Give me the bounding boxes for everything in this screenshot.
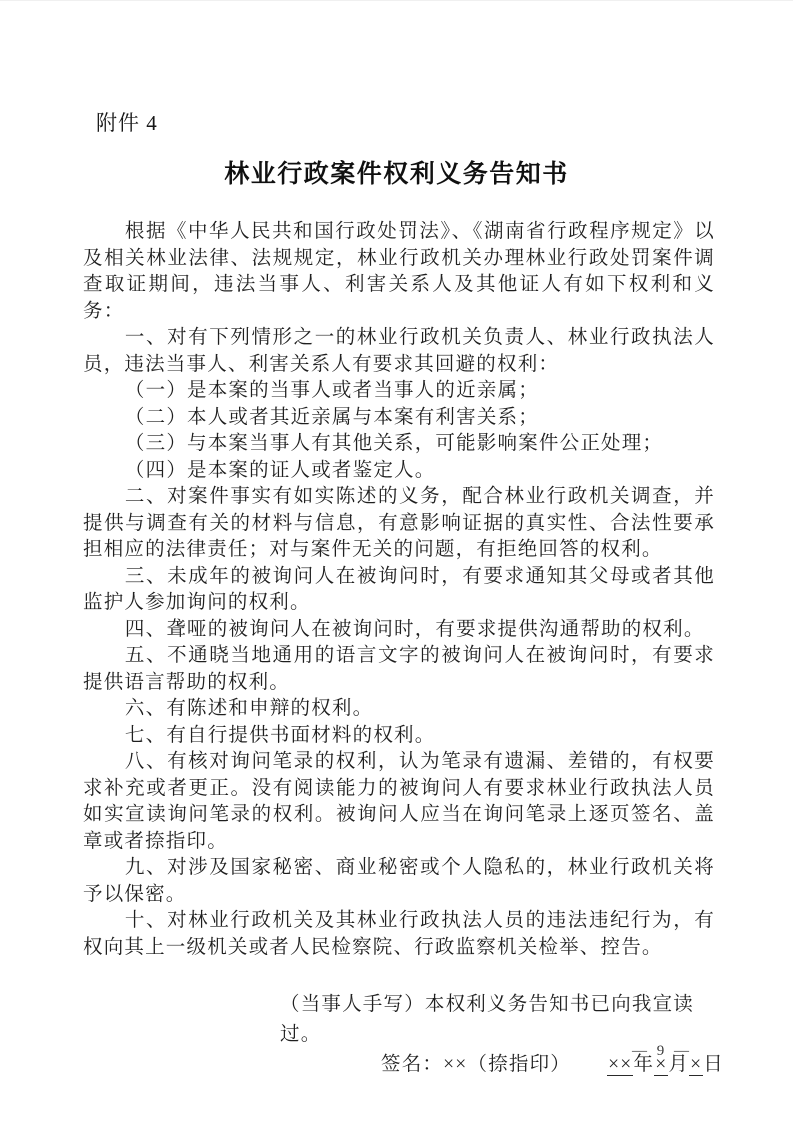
paragraph: 七、有自行提供书面材料的权利。	[83, 723, 715, 750]
handwritten-declaration: （当事人手写）本权利义务告知书已向我宣读过。	[280, 990, 715, 1050]
paragraph: 九、对涉及国家秘密、商业秘密或个人隐私的，林业行政机关将予以保密。	[83, 855, 715, 908]
paragraph: 三、未成年的被询问人在被询问时，有要求通知其父母或者其他监护人参加询问的权利。	[83, 564, 715, 617]
closing-block: （当事人手写）本权利义务告知书已向我宣读过。 签名：××（捺指印） ××年×月×…	[83, 990, 715, 1080]
page-number: — 9 —	[632, 1043, 692, 1060]
document-title: 林业行政案件权利义务告知书	[0, 154, 793, 190]
paragraph: 六、有陈述和申辩的权利。	[83, 696, 715, 723]
paragraph: 五、不通晓当地通用的语言文字的被询问人在被询问时，有要求提供语言帮助的权利。	[83, 643, 715, 696]
signature-text: 签名：××（捺指印）	[381, 1054, 571, 1075]
paragraph: 八、有核对询问笔录的权利，认为笔录有遗漏、差错的，有权要求补充或者更正。没有阅读…	[83, 749, 715, 855]
paragraph: 十、对林业行政机关及其林业行政执法人员的违法违纪行为，有权向其上一级机关或者人民…	[83, 908, 715, 961]
paragraph: （四）是本案的证人或者鉴定人。	[83, 458, 715, 485]
document-body: 根据《中华人民共和国行政处罚法》、《湖南省行政程序规定》以及相关林业法律、法规规…	[83, 219, 715, 1080]
attachment-label: 附件 4	[96, 107, 158, 137]
document-page: 附件 4 林业行政案件权利义务告知书 根据《中华人民共和国行政处罚法》、《湖南省…	[0, 0, 793, 1122]
paragraph: （二）本人或者其近亲属与本案有利害关系；	[83, 405, 715, 432]
paragraph: 一、对有下列情形之一的林业行政机关负责人、林业行政执法人员，违法当事人、利害关系…	[83, 325, 715, 378]
date-year-value: ××	[607, 1054, 633, 1076]
paragraph: （一）是本案的当事人或者当事人的近亲属；	[83, 378, 715, 405]
paragraph: 二、对案件事实有如实陈述的义务，配合林业行政机关调查，并提供与调查有关的材料与信…	[83, 484, 715, 564]
date-day-unit: 日	[703, 1054, 724, 1075]
paragraph: （三）与本案当事人有其他关系，可能影响案件公正处理；	[83, 431, 715, 458]
paragraph: 根据《中华人民共和国行政处罚法》、《湖南省行政程序规定》以及相关林业法律、法规规…	[83, 219, 715, 325]
paragraph: 四、聋哑的被询问人在被询问时，有要求提供沟通帮助的权利。	[83, 617, 715, 644]
